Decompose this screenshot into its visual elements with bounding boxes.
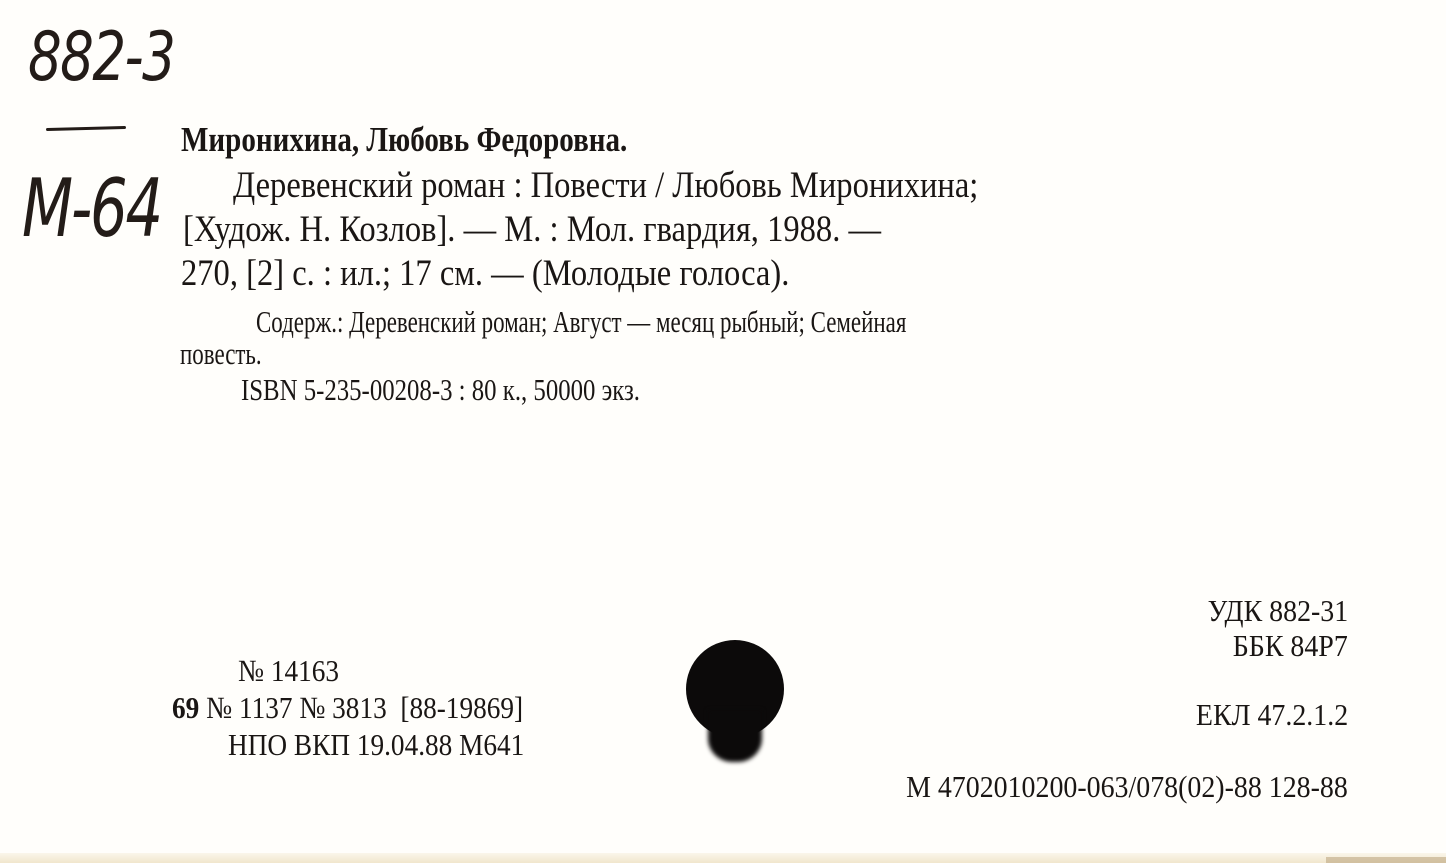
title-line-2: [Худож. Н. Козлов]. — М. : Мол. гвардия,…: [183, 208, 881, 251]
series-rest: № 1137 № 3813 [88-19869]: [199, 690, 523, 725]
bbk-code: ББК 84Р7: [1233, 628, 1348, 664]
punch-hole: [686, 640, 784, 762]
title-line-3: 270, [2] с. : ил.; 17 см. — (Молодые гол…: [181, 252, 789, 295]
series-line: 69 № 1137 № 3813 [88-19869]: [172, 690, 523, 726]
udk-code: УДК 882-31: [1207, 593, 1348, 629]
card-edge-shadow: [1326, 857, 1446, 863]
chamber-line: НПО ВКП 19.04.88 М641: [228, 727, 524, 763]
contents-line-1: Содерж.: Деревенский роман; Август — мес…: [256, 304, 906, 340]
number-line: № 14163: [238, 653, 339, 689]
author-heading: Миронихина, Любовь Федоровна.: [181, 120, 627, 160]
ekl-code: ЕКЛ 47.2.1.2: [1196, 697, 1348, 733]
isbn-line: ISBN 5-235-00208-3 : 80 к., 50000 экз.: [241, 372, 640, 408]
title-line-1: Деревенский роман : Повести / Любовь Мир…: [233, 164, 978, 207]
catalog-card: 882-3 М-64 Миронихина, Любовь Федоровна.…: [0, 0, 1446, 863]
handwritten-shelf-mark-top: 882-3: [28, 18, 174, 97]
handwritten-divider-line: [46, 126, 126, 131]
series-bold: 69: [172, 690, 199, 725]
contents-line-2: повесть.: [180, 336, 262, 372]
card-bottom-edge: [0, 853, 1446, 863]
handwritten-shelf-mark-bottom: М-64: [22, 162, 161, 255]
m-code: М 4702010200-063/078(02)-88 128-88: [906, 769, 1348, 805]
